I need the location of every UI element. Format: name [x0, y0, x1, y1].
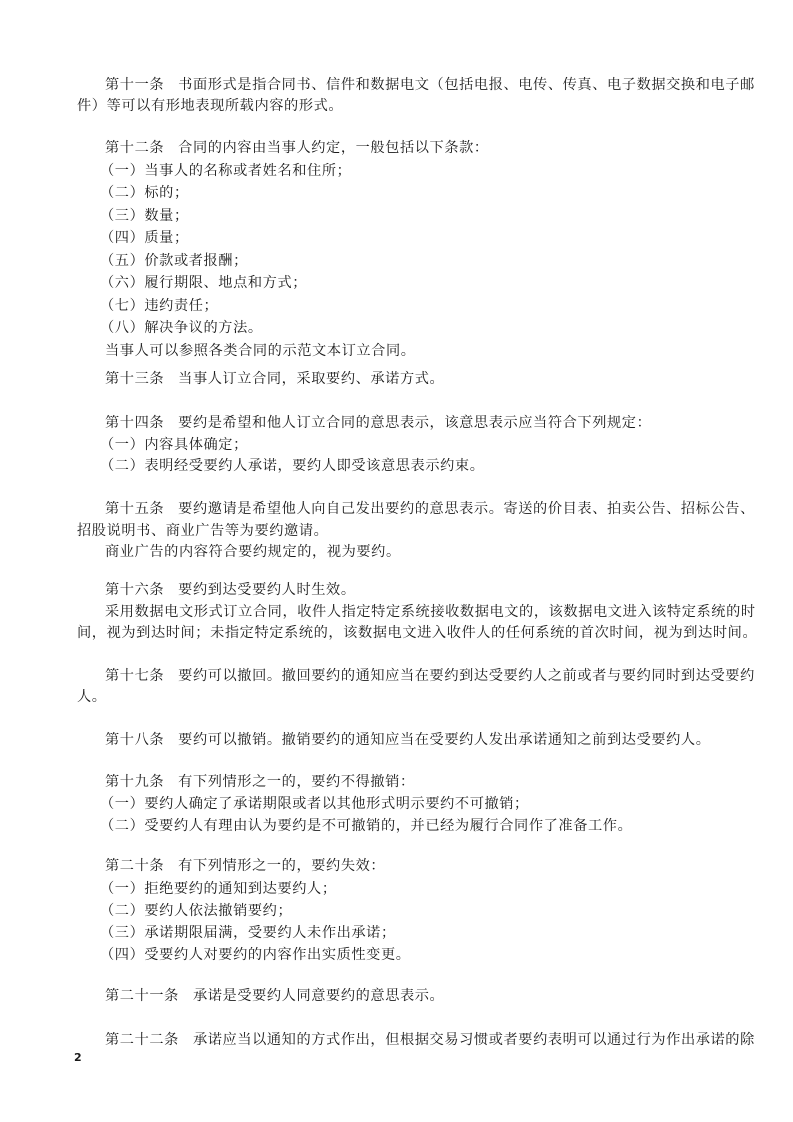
article-heading: 第十六条 [105, 582, 164, 598]
article-text: 要约邀请是希望他人向自己发出要约的意思表示。寄送的价目表、拍卖公告、招标公告、 [178, 501, 755, 517]
paragraph-line: 人。 [77, 688, 107, 706]
article-text: 有下列情形之一的，要约失效： [178, 858, 385, 874]
article-13-line-1: 第十三条当事人订立合同，采取要约、承诺方式。 [105, 370, 444, 388]
article-heading: 第十八条 [105, 732, 164, 748]
list-item: （二）受要约人有理由认为要约是不可撤销的，并已经为履行合同作了准备工作。 [100, 817, 632, 835]
article-text: 要约是希望和他人订立合同的意思表示，该意思表示应当符合下列规定： [178, 415, 651, 431]
article-heading: 第十七条 [105, 668, 164, 684]
list-item: （一）拒绝要约的通知到达要约人； [100, 880, 337, 898]
article-17-line-1: 第十七条要约可以撤回。撤回要约的通知应当在要约到达受要约人之前或者与要约同时到达… [105, 667, 755, 685]
page-number: 2 [74, 1051, 82, 1064]
article-text: 承诺应当以通知的方式作出，但根据交易习惯或者要约表明可以通过行为作出承诺的除 [193, 1032, 755, 1048]
list-item: （二）标的； [100, 184, 189, 202]
paragraph-line: 商业广告的内容符合要约规定的，视为要约。 [105, 543, 401, 561]
article-text: 当事人订立合同，采取要约、承诺方式。 [178, 371, 444, 387]
article-text: 承诺是受要约人同意要约的意思表示。 [193, 988, 444, 1004]
article-14-line-1: 第十四条要约是希望和他人订立合同的意思表示，该意思表示应当符合下列规定： [105, 414, 651, 432]
article-heading: 第二十条 [105, 858, 164, 874]
article-heading: 第十四条 [105, 415, 164, 431]
article-22-line-1: 第二十二条承诺应当以通知的方式作出，但根据交易习惯或者要约表明可以通过行为作出承… [105, 1031, 755, 1049]
paragraph-line: 当事人可以参照各类合同的示范文本订立合同。 [105, 342, 416, 360]
article-heading: 第十九条 [105, 774, 164, 790]
article-text: 书面形式是指合同书、信件和数据电文（包括电报、电传、传真、电子数据交换和电子邮 [178, 77, 755, 93]
paragraph-line: 采用数据电文形式订立合同，收件人指定特定系统接收数据电文的，该数据电文进入该特定… [105, 603, 756, 621]
list-item: （四）质量； [100, 229, 189, 247]
article-18-line-1: 第十八条要约可以撤销。撤销要约的通知应当在受要约人发出承诺通知之前到达受要约人。 [105, 731, 711, 749]
article-heading: 第十五条 [105, 501, 164, 517]
list-item: （六）履行期限、地点和方式； [100, 274, 307, 292]
article-12-line-1: 第十二条合同的内容由当事人约定，一般包括以下条款： [105, 139, 489, 157]
article-text: 要约可以撤销。撤销要约的通知应当在受要约人发出承诺通知之前到达受要约人。 [178, 732, 710, 748]
article-20-line-1: 第二十条有下列情形之一的，要约失效： [105, 857, 385, 875]
list-item: （二）表明经受要约人承诺，要约人即受该意思表示约束。 [100, 457, 484, 475]
list-item: （七）违约责任； [100, 297, 218, 315]
document-page: 第十一条书面形式是指合同书、信件和数据电文（包括电报、电传、传真、电子数据交换和… [0, 0, 793, 1122]
list-item: （一）当事人的名称或者姓名和住所； [100, 162, 351, 180]
list-item: （八）解决争议的方法。 [100, 319, 263, 337]
list-item: （四）受要约人对要约的内容作出实质性变更。 [100, 946, 411, 964]
list-item: （一）要约人确定了承诺期限或者以其他形式明示要约不可撤销； [100, 795, 529, 813]
article-heading: 第十三条 [105, 371, 164, 387]
article-19-line-1: 第十九条有下列情形之一的，要约不得撤销： [105, 773, 415, 791]
list-item: （一）内容具体确定； [100, 436, 248, 454]
list-item: （三）数量； [100, 207, 189, 225]
article-text: 要约到达受要约人时生效。 [178, 582, 355, 598]
article-21-line-1: 第二十一条承诺是受要约人同意要约的意思表示。 [105, 987, 444, 1005]
article-heading: 第二十二条 [105, 1032, 179, 1048]
list-item: （三）承诺期限届满，受要约人未作出承诺； [100, 924, 396, 942]
article-heading: 第十一条 [105, 77, 164, 93]
article-11-line-2: 件）等可以有形地表现所载内容的形式。 [77, 97, 343, 115]
article-heading: 第二十一条 [105, 988, 179, 1004]
article-15-line-1: 第十五条要约邀请是希望他人向自己发出要约的意思表示。寄送的价目表、拍卖公告、招标… [105, 500, 755, 518]
paragraph-line: 招股说明书、商业广告等为要约邀请。 [77, 522, 328, 540]
list-item: （二）要约人依法撤销要约； [100, 902, 292, 920]
paragraph-line: 间，视为到达时间；未指定特定系统的，该数据电文进入收件人的任何系统的首次时间，视… [77, 624, 757, 642]
article-text: 要约可以撤回。撤回要约的通知应当在要约到达受要约人之前或者与要约同时到达受要约 [178, 668, 755, 684]
article-16-line-1: 第十六条要约到达受要约人时生效。 [105, 581, 356, 599]
article-heading: 第十二条 [105, 140, 164, 156]
article-text: 合同的内容由当事人约定，一般包括以下条款： [178, 140, 489, 156]
list-item: （五）价款或者报酬； [100, 252, 248, 270]
article-11-line-1: 第十一条书面形式是指合同书、信件和数据电文（包括电报、电传、传真、电子数据交换和… [105, 76, 755, 94]
article-text: 有下列情形之一的，要约不得撤销： [178, 774, 415, 790]
